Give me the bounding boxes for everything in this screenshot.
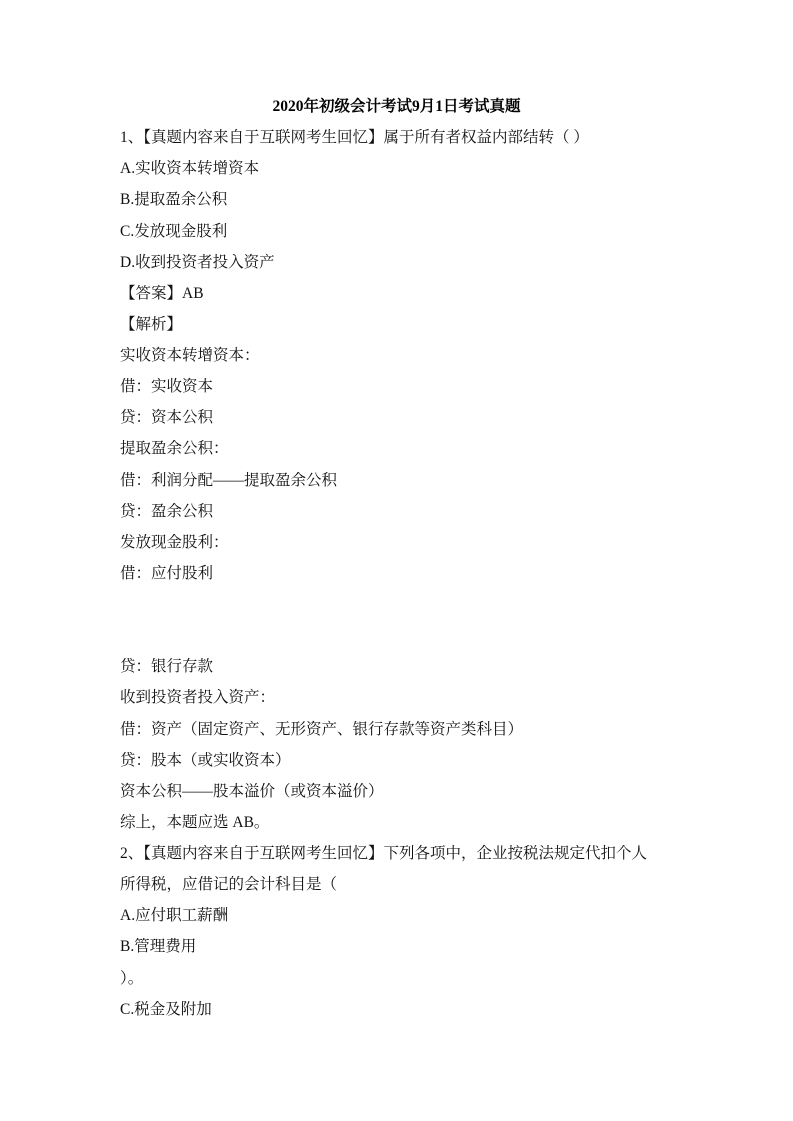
question-2-stem-close: ）。 (120, 963, 673, 994)
question-2-stem-line-1: 2、【真题内容来自于互联网考生回忆】下列各项中，企业按税法规定代扣个人 (120, 838, 673, 869)
analysis-line: 借：资产（固定资产、无形资产、银行存款等资产类科目） (120, 714, 673, 745)
question-2-option-a: A.应付职工薪酬 (120, 900, 673, 931)
analysis-line: 提取盈余公积： (120, 433, 673, 464)
question-2: 2、【真题内容来自于互联网考生回忆】下列各项中，企业按税法规定代扣个人 所得税，… (120, 838, 673, 1025)
analysis-line: 借：利润分配——提取盈余公积 (120, 465, 673, 496)
analysis-conclusion: 综上，本题应选 AB。 (120, 807, 673, 838)
question-1-stem: 1、【真题内容来自于互联网考生回忆】属于所有者权益内部结转（ ） (120, 122, 673, 153)
analysis-line: 发放现金股利： (120, 527, 673, 558)
analysis-line: 借：应付股利 (120, 558, 673, 589)
question-1: 1、【真题内容来自于互联网考生回忆】属于所有者权益内部结转（ ） A.实收资本转… (120, 122, 673, 838)
document-title: 2020年初级会计考试9月1日考试真题 (120, 91, 673, 122)
analysis-line: 贷：股本（或实收资本） (120, 745, 673, 776)
analysis-line: 贷：银行存款 (120, 651, 673, 682)
analysis-line: 实收资本转增资本： (120, 340, 673, 371)
document-page: 2020年初级会计考试9月1日考试真题 1、【真题内容来自于互联网考生回忆】属于… (0, 0, 793, 1121)
question-1-option-b: B.提取盈余公积 (120, 184, 673, 215)
question-1-answer: 【答案】AB (120, 278, 673, 309)
analysis-line: 资本公积——股本溢价（或资本溢价） (120, 776, 673, 807)
question-1-analysis-label: 【解析】 (120, 309, 673, 340)
analysis-line: 贷：盈余公积 (120, 496, 673, 527)
question-2-option-c: C.税金及附加 (120, 994, 673, 1025)
analysis-line: 贷：资本公积 (120, 402, 673, 433)
question-1-option-c: C.发放现金股利 (120, 216, 673, 247)
question-1-option-d: D.收到投资者投入资产 (120, 247, 673, 278)
question-2-option-b: B.管理费用 (120, 931, 673, 962)
analysis-line: 借：实收资本 (120, 371, 673, 402)
question-1-analysis: 实收资本转增资本： 借：实收资本 贷：资本公积 提取盈余公积： 借：利润分配——… (120, 340, 673, 838)
question-2-stem-line-2: 所得税，应借记的会计科目是（ (120, 869, 673, 900)
blank-gap (120, 589, 673, 651)
analysis-line: 收到投资者投入资产： (120, 682, 673, 713)
question-1-option-a: A.实收资本转增资本 (120, 153, 673, 184)
